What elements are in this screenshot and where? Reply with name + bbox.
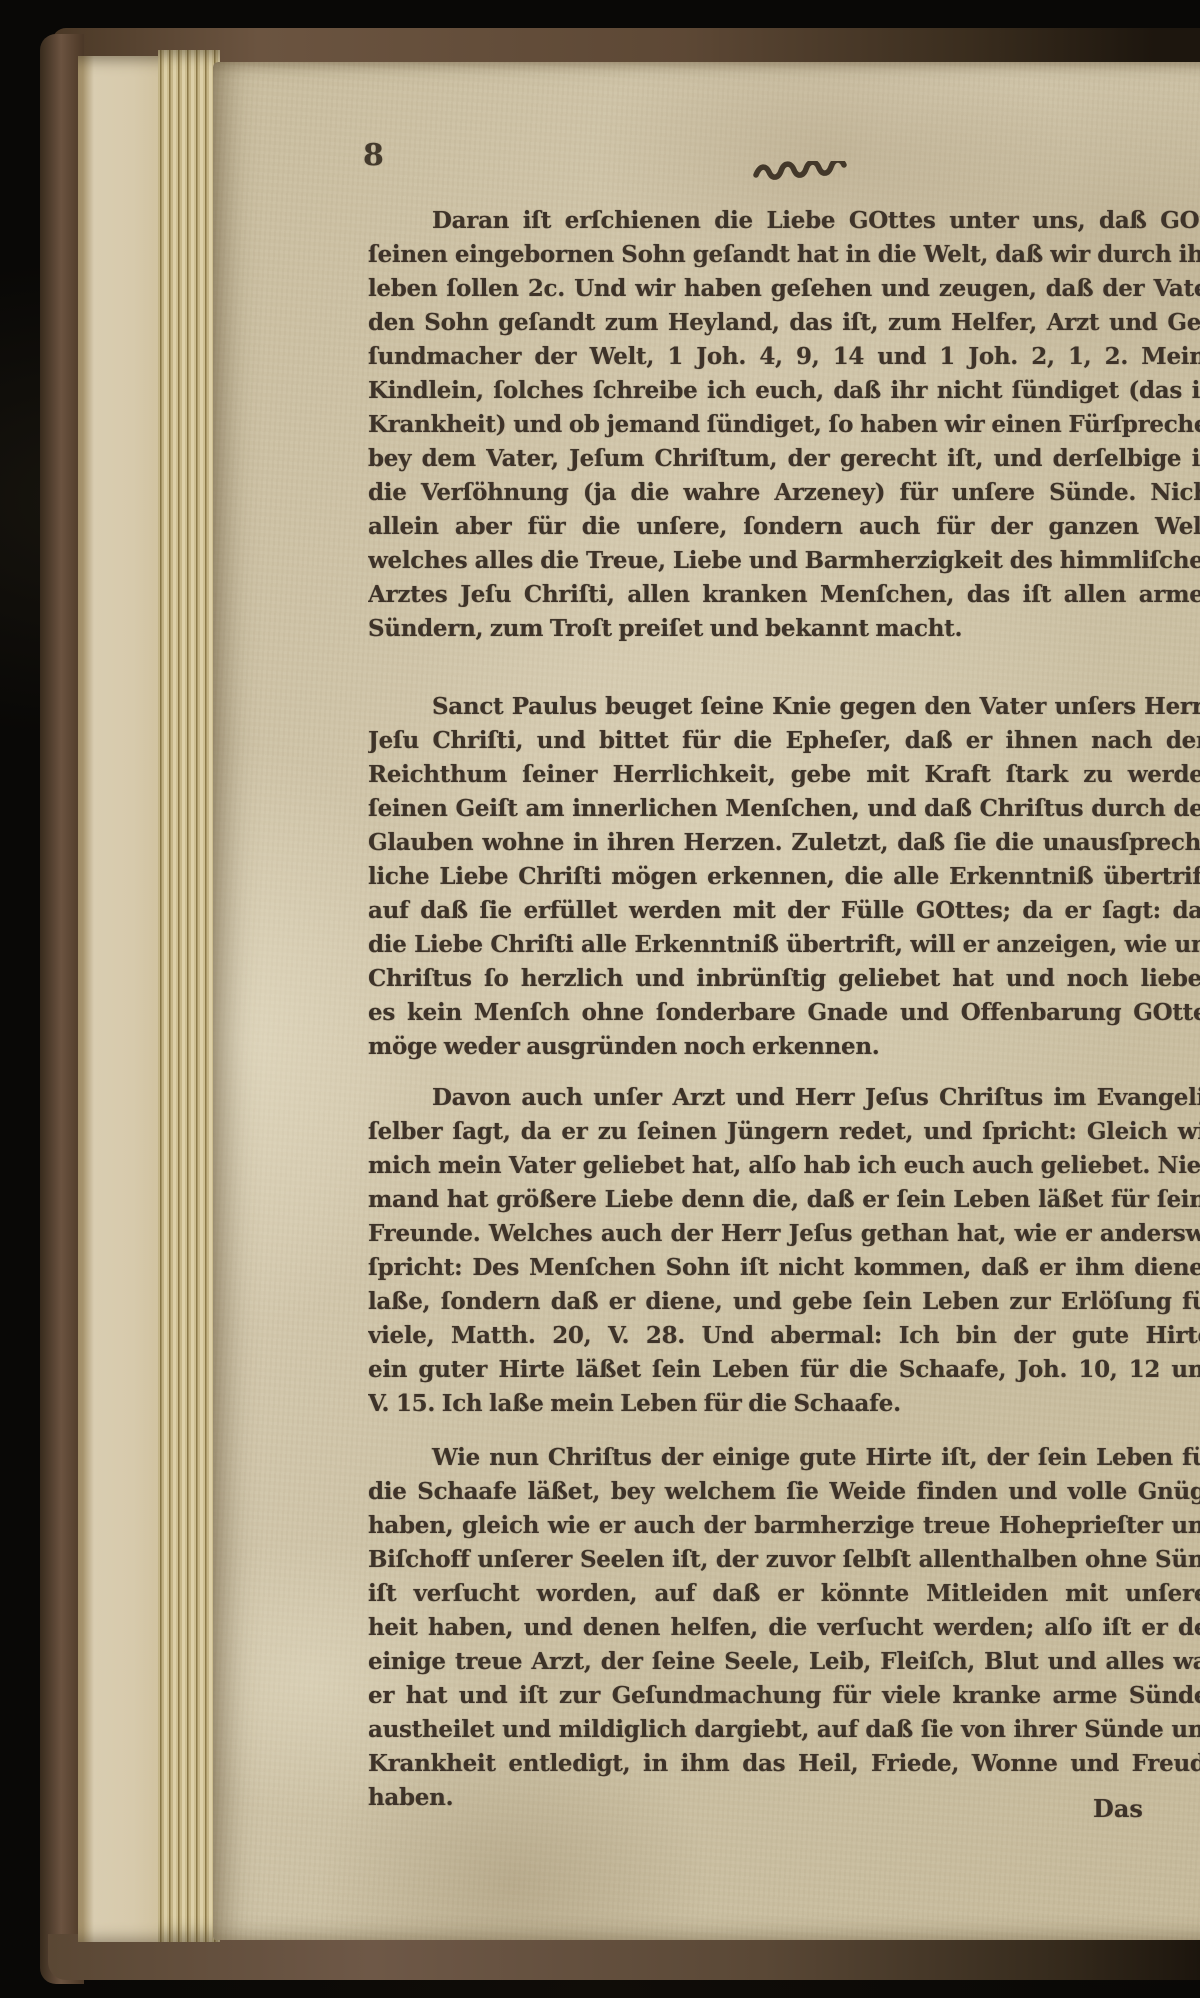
text-line: bey dem Vater, Jeſum Chriſtum, der gerec… xyxy=(368,442,1200,476)
paragraph-4: Wie nun Chriſtus der einige gute Hirte i… xyxy=(368,1441,1200,1815)
text-line: ſeinen Geiſt am innerlichen Menſchen, un… xyxy=(368,792,1200,826)
text-line: haben. xyxy=(368,1781,1200,1815)
page-edge-stack xyxy=(158,50,220,1942)
text-line: ſelber ſagt, da er zu ſeinen Jüngern red… xyxy=(368,1115,1200,1149)
text-line: Chriſtus ſo herzlich und inbrünſtig geli… xyxy=(368,962,1200,996)
catchword: Das xyxy=(1093,1794,1143,1823)
text-line: V. 15. Ich laße mein Leben für die Schaa… xyxy=(368,1387,1200,1421)
text-line: Krankheit entledigt, in ihm das Heil, Fr… xyxy=(368,1747,1200,1781)
text-line: möge weder ausgründen noch erkennen. xyxy=(368,1030,1200,1064)
text-line: ſpricht: Des Menſchen Sohn iſt nicht kom… xyxy=(368,1251,1200,1285)
text-line: es kein Menſch ohne ſonderbare Gnade und… xyxy=(368,996,1200,1030)
text-line: Kindlein, ſolches ſchreibe ich euch, daß… xyxy=(368,374,1200,408)
text-line: Wie nun Chriſtus der einige gute Hirte i… xyxy=(368,1441,1200,1475)
text-line: iſt verſucht worden, auf daß er könnte M… xyxy=(368,1577,1200,1611)
text-line: austheilet und mildiglich dargiebt, auf … xyxy=(368,1713,1200,1747)
text-line: allein aber für die unſere, ſondern auch… xyxy=(368,510,1200,544)
text-line: Daran iſt erſchienen die Liebe GOttes un… xyxy=(368,204,1200,238)
text-line: laße, ſondern daß er diene, und gebe ſei… xyxy=(368,1285,1200,1319)
text-line: Sündern, zum Troſt preiſet und bekannt m… xyxy=(368,612,1200,646)
text-line: die Verſöhnung (ja die wahre Arzeney) fü… xyxy=(368,476,1200,510)
text-line: mich mein Vater geliebet hat, alſo hab i… xyxy=(368,1149,1200,1183)
text-line: Reichthum ſeiner Herrlichkeit, gebe mit … xyxy=(368,758,1200,792)
text-line: Freunde. Welches auch der Herr Jeſus get… xyxy=(368,1217,1200,1251)
text-line: ſeinen eingebornen Sohn geſandt hat in d… xyxy=(368,238,1200,272)
text-line: die Liebe Chriſti alle Erkenntniß übertr… xyxy=(368,928,1200,962)
text-line: Krankheit) und ob jemand ſündiget, ſo ha… xyxy=(368,408,1200,442)
text-line: Glauben wohne in ihren Herzen. Zuletzt, … xyxy=(368,826,1200,860)
paragraph-3: Davon auch unſer Arzt und Herr Jeſus Chr… xyxy=(368,1081,1200,1421)
text-line: ein guter Hirte läßet ſein Leben für die… xyxy=(368,1353,1200,1387)
text-line: welches alles die Treue, Liebe und Barmh… xyxy=(368,544,1200,578)
paragraph-1: Daran iſt erſchienen die Liebe GOttes un… xyxy=(368,204,1200,646)
text-line: leben ſollen 2c. Und wir haben geſehen u… xyxy=(368,272,1200,306)
wavy-rule-icon xyxy=(753,161,855,183)
leather-cover-bottom-edge xyxy=(48,1934,1200,1980)
text-line: er hat und iſt zur Geſundmachung für vie… xyxy=(368,1679,1200,1713)
book-page: 8 Daran iſt erſchienen die Liebe GOttes … xyxy=(213,62,1200,1940)
text-line: die Schaafe läßet, bey welchem ſie Weide… xyxy=(368,1475,1200,1509)
text-line: Biſchoff unſerer Seelen iſt, der zuvor ſ… xyxy=(368,1543,1200,1577)
text-line: haben, gleich wie er auch der barmherzig… xyxy=(368,1509,1200,1543)
text-line: Sanct Paulus beuget ſeine Knie gegen den… xyxy=(368,690,1200,724)
text-line: Davon auch unſer Arzt und Herr Jeſus Chr… xyxy=(368,1081,1200,1115)
book-scan: 8 Daran iſt erſchienen die Liebe GOttes … xyxy=(0,0,1200,1998)
text-line: den Sohn geſandt zum Heyland, das iſt, z… xyxy=(368,306,1200,340)
text-line: Jeſu Chriſti, und bittet für die Epheſer… xyxy=(368,724,1200,758)
text-line: heit haben, und denen helfen, die verſuc… xyxy=(368,1611,1200,1645)
text-line: mand hat größere Liebe denn die, daß er … xyxy=(368,1183,1200,1217)
text-line: einige treue Arzt, der ſeine Seele, Leib… xyxy=(368,1645,1200,1679)
paragraph-2: Sanct Paulus beuget ſeine Knie gegen den… xyxy=(368,690,1200,1064)
text-line: ſundmacher der Welt, 1 Joh. 4, 9, 14 und… xyxy=(368,340,1200,374)
page-number: 8 xyxy=(363,138,384,173)
text-line: liche Liebe Chriſti mögen erkennen, die … xyxy=(368,860,1200,894)
text-line: Arztes Jeſu Chriſti, allen kranken Menſc… xyxy=(368,578,1200,612)
text-line: viele, Matth. 20, V. 28. Und abermal: Ic… xyxy=(368,1319,1200,1353)
text-line: auf daß ſie erfüllet werden mit der Füll… xyxy=(368,894,1200,928)
